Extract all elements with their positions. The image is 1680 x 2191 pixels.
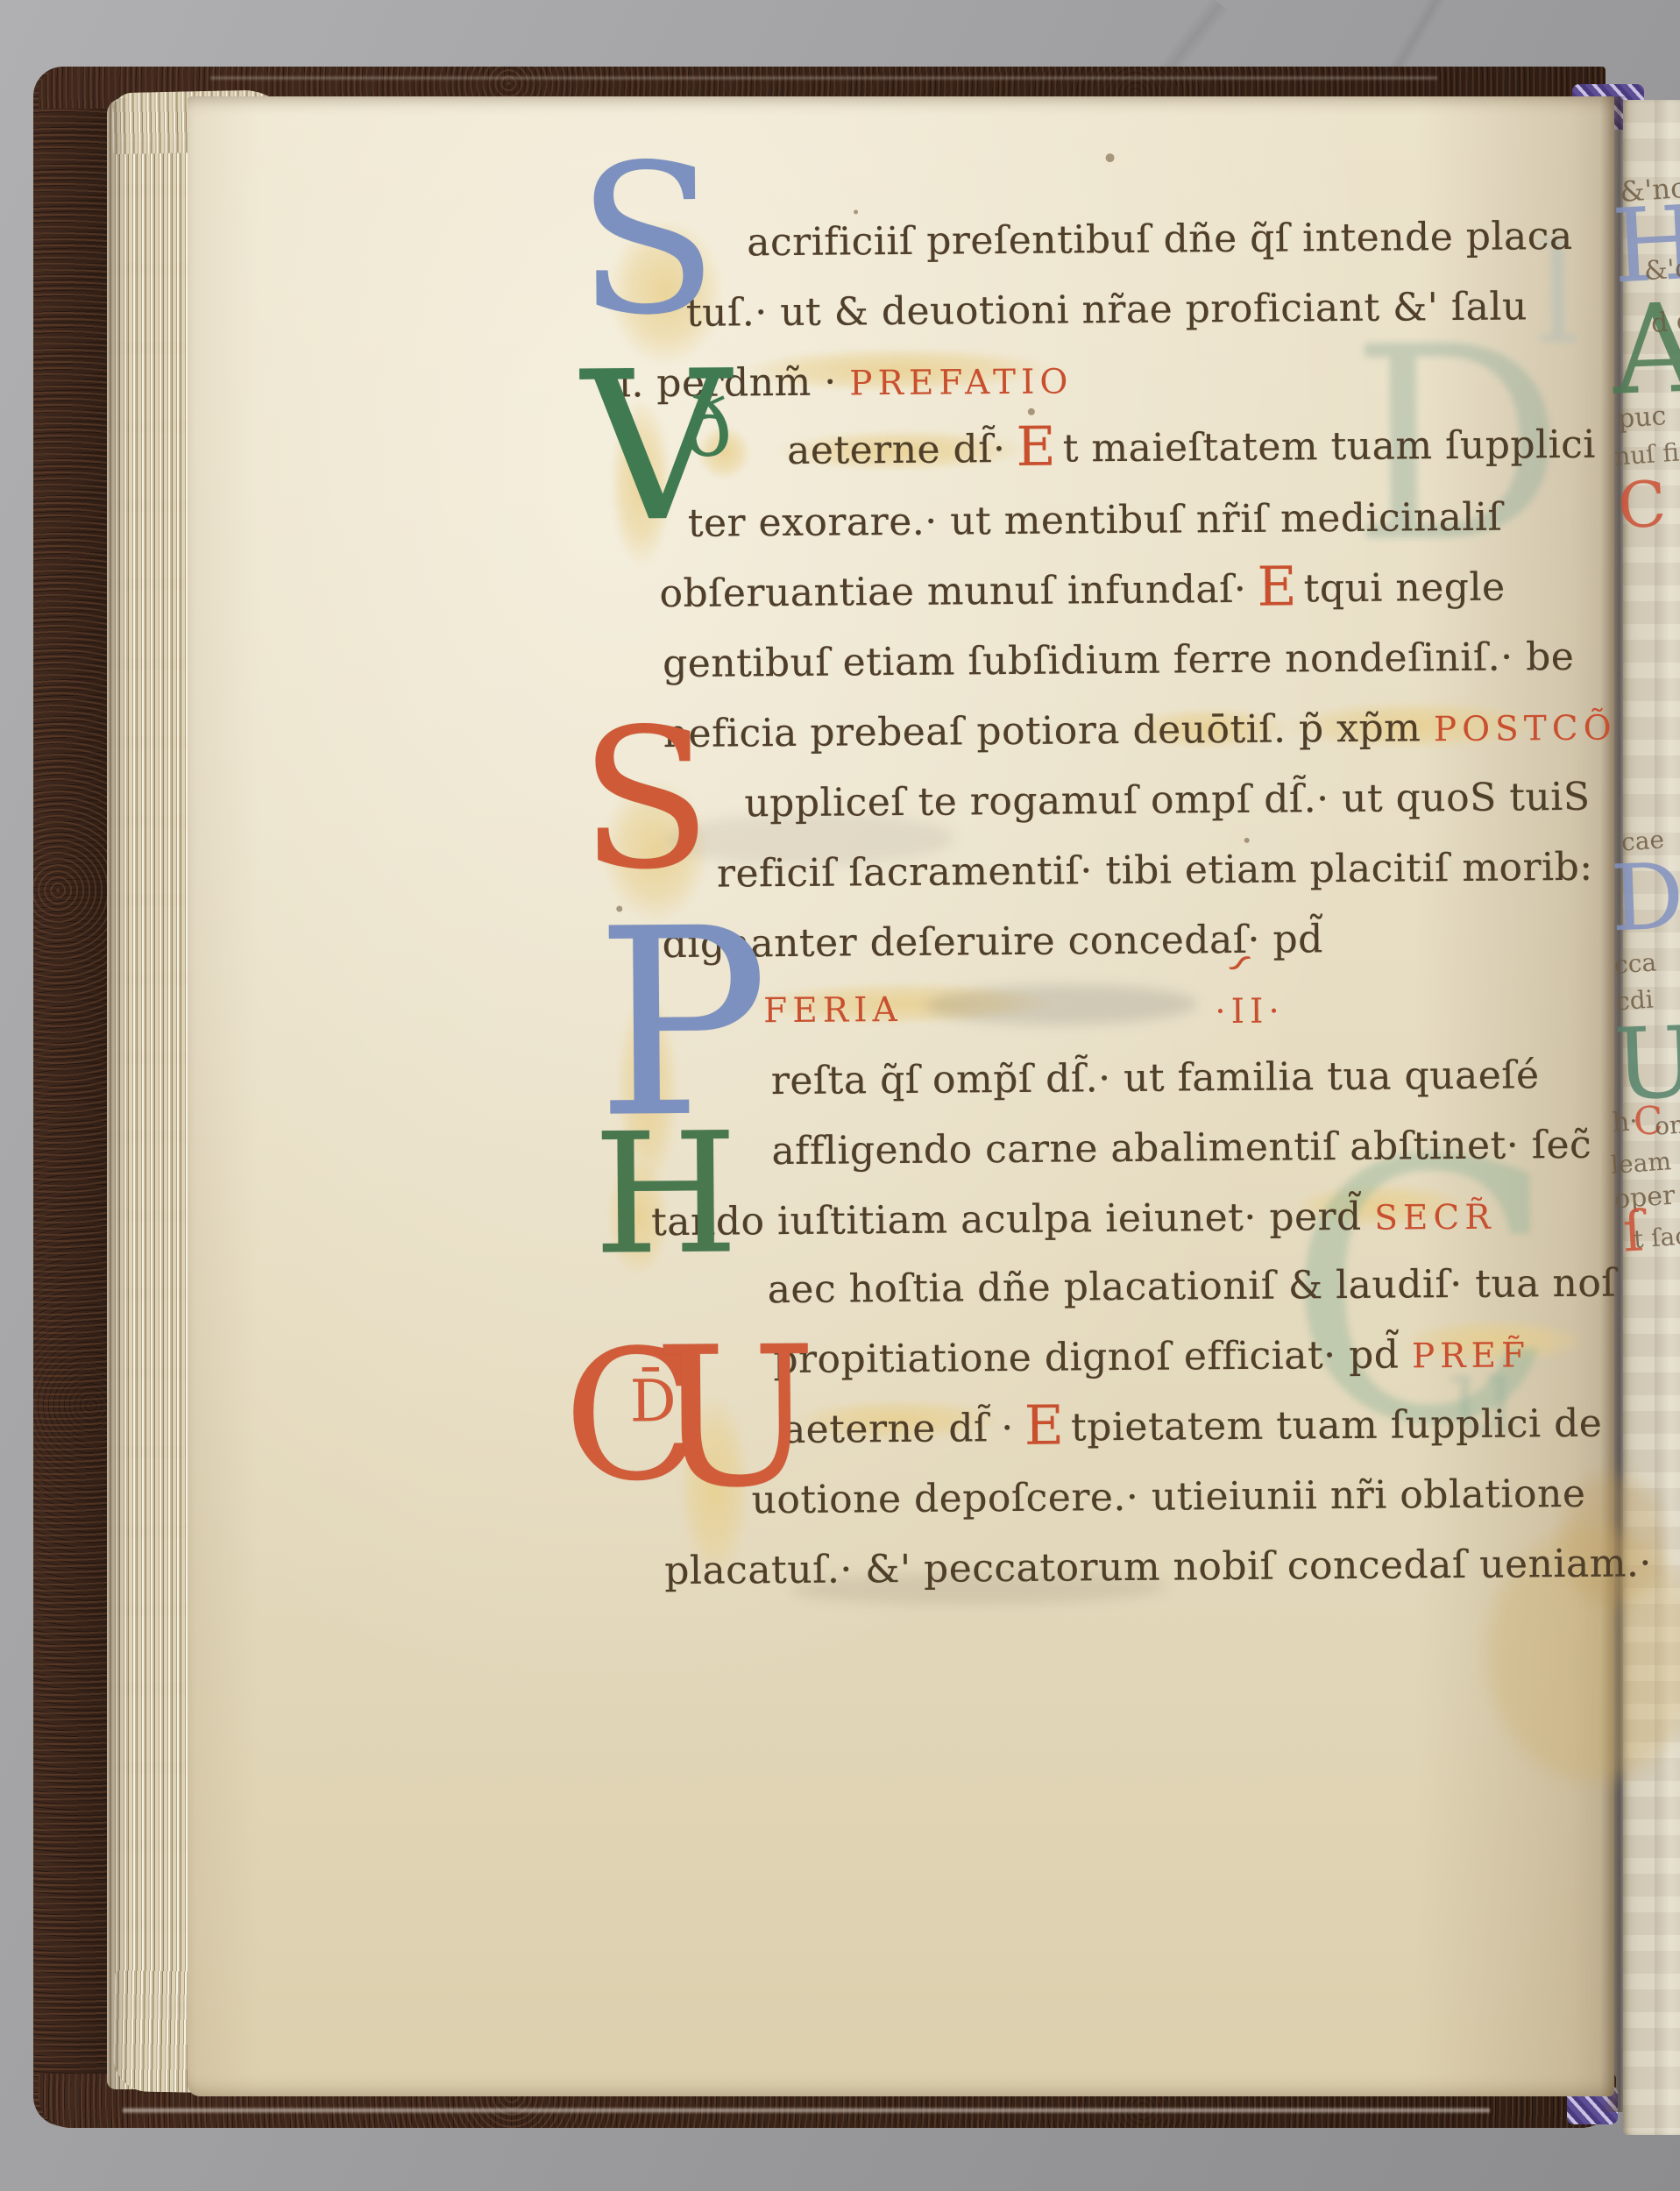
page-fragment: D [1609, 851, 1680, 945]
page-fragment: C [1616, 472, 1668, 538]
page-fragment: onc [1654, 1111, 1680, 1138]
page-fragment: puc [1617, 403, 1667, 433]
page-fragment: cca [1613, 950, 1657, 977]
page-fragment: leam cecare [1610, 1143, 1680, 1178]
page-fragment: nuſ fied um [1613, 435, 1680, 469]
page-fragment: d eſſe [1650, 306, 1680, 337]
manuscript-photo-scene: DCul acrificiiſ preſentibuſ dñe q̃ſ inte… [0, 0, 1680, 2191]
sliver-text-layer: &'noſ amH&'caelAd eſſepucnuſ fied umCcae… [0, 0, 1680, 2191]
page-fragment: t ſacr [1633, 1223, 1680, 1251]
